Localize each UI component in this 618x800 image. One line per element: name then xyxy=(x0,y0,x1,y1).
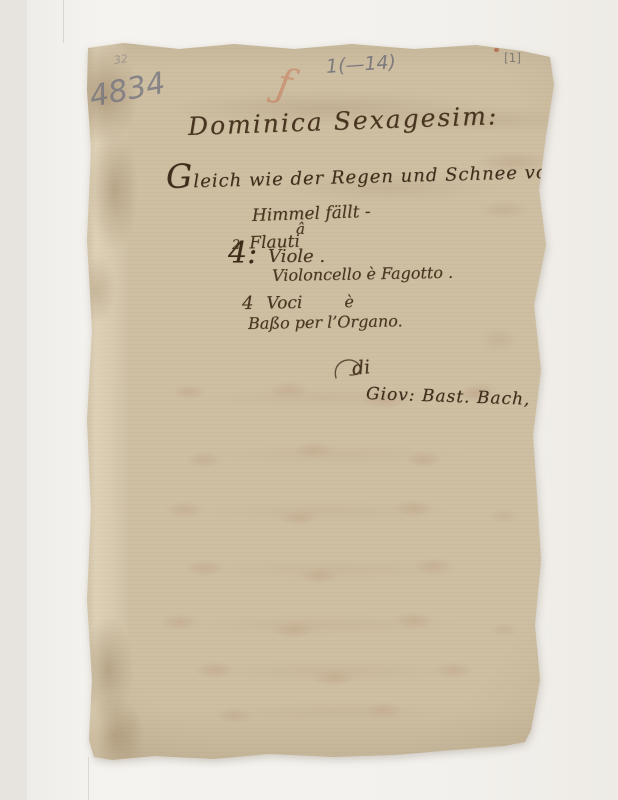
pencil-shelfmark: 4834 xyxy=(87,66,169,115)
red-ink-spot xyxy=(494,48,499,52)
voci-suffix: è xyxy=(344,292,354,311)
voci-count: 4 xyxy=(242,293,254,314)
backdrop-crease-line-top xyxy=(63,0,64,43)
signature-preposition: di xyxy=(351,356,371,380)
signature-bach: Giov: Bast. Bach, xyxy=(366,384,531,410)
title-incipit-line2: Himmel fällt - xyxy=(252,202,371,226)
basso-organo-label: Baßo per l’Organo. xyxy=(248,311,403,333)
pencil-foliation: 1(—14) xyxy=(325,51,396,78)
manuscript-paper: 32 4834 1(—14) [1] ƒ Dominica Sexagesim:… xyxy=(84,40,556,762)
backdrop-crease-line-bottom xyxy=(88,757,89,800)
pencil-small-mark: 32 xyxy=(113,52,129,67)
heading-dominica-sexagesima: Dominica Sexagesim: xyxy=(187,101,498,141)
photo-backdrop: 32 4834 1(—14) [1] ƒ Dominica Sexagesim:… xyxy=(0,0,618,800)
manuscript-page: 32 4834 1(—14) [1] ƒ Dominica Sexagesim:… xyxy=(84,40,556,762)
viole-count: 4: xyxy=(228,239,257,269)
pencil-page-number: [1] xyxy=(504,51,521,65)
voci-label: Voci xyxy=(266,293,302,314)
red-crayon-mark: ƒ xyxy=(273,60,296,108)
title-incipit-line1: Gleich wie der Regen und Schnee vom xyxy=(166,158,566,193)
continuo-label: Violoncello è Fagotto . xyxy=(272,263,453,285)
scoring-voci-line: 4Vociè xyxy=(242,291,354,314)
viole-label: Viole . xyxy=(268,246,325,267)
